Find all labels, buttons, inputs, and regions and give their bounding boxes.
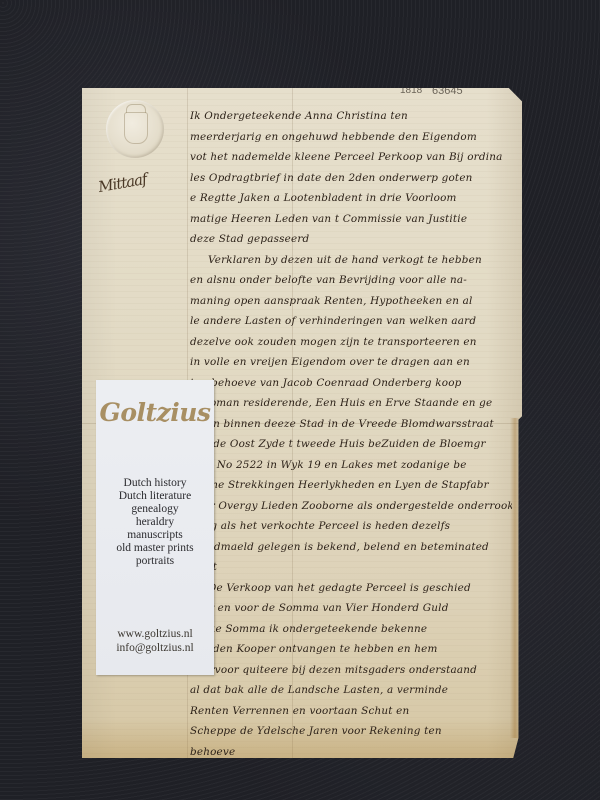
handwritten-line: Scheppe de Ydelsche Jaren voor Rekening … xyxy=(190,721,512,742)
handwritten-line: behoeve xyxy=(190,742,512,763)
handwritten-line: koopman residerende, Een Huis en Erve St… xyxy=(190,393,512,414)
handwritten-line: legen binnen deeze Stad in de Vreede Blo… xyxy=(190,414,512,435)
handwritten-line: staat xyxy=(190,557,512,578)
email-text: info@goltzius.nl xyxy=(96,641,214,655)
handwritten-line: maning open aanspraak Renten, Hypotheeke… xyxy=(190,291,512,312)
handwritten-line: Wyk No 2522 in Wyk 19 en Lakes met zodan… xyxy=(190,455,512,476)
handwritten-text: Ik Ondergeteekende Anna Christina tenmee… xyxy=(190,106,512,762)
handwritten-line: deze Stad gepasseerd xyxy=(190,229,512,250)
archive-year: 1818 xyxy=(400,85,422,96)
handwritten-line: matige Heeren Leden van t Commissie van … xyxy=(190,209,512,230)
handwritten-line: Renten Verrennen en voortaan Schut en xyxy=(190,701,512,722)
handwritten-line: daarvoor quiteere bij dezen mitsgaders o… xyxy=(190,660,512,681)
bookmark-topics-list: Dutch history Dutch literature genealogy… xyxy=(96,477,214,568)
topic-item: heraldry xyxy=(96,516,214,529)
handwritten-line: welke Somma ik ondergeteekende bekenne xyxy=(190,619,512,640)
handwritten-line: e Regtte Jaken a Lootenbladent in drie V… xyxy=(190,188,512,209)
handwritten-line: les Opdragtbrief in date den 2den onderw… xyxy=(190,168,512,189)
handwritten-line: en alsnu onder belofte van Bevrijding vo… xyxy=(190,270,512,291)
handwritten-line: meerderjarig en ongehuwd hebbende den Ei… xyxy=(190,127,512,148)
website-text: www.goltzius.nl xyxy=(96,627,214,641)
topic-item: Dutch history xyxy=(96,477,214,490)
handwritten-line: door Overgy Lieden Zooborne als onderges… xyxy=(190,496,512,517)
handwritten-line: Ik Ondergeteekende Anna Christina ten xyxy=(190,106,512,127)
topic-item: genealogy xyxy=(96,503,214,516)
handwritten-line: Verklaren by dezen uit de hand verkogt t… xyxy=(190,250,512,271)
topic-item: manuscripts xyxy=(96,529,214,542)
handwritten-line: aan de Oost Zyde t tweede Huis beZuiden … xyxy=(190,434,512,455)
topic-item: Dutch literature xyxy=(96,490,214,503)
bookmark-contact: www.goltzius.nl info@goltzius.nl xyxy=(96,627,214,655)
goltzius-bookmark-card: Goltzius Dutch history Dutch literature … xyxy=(96,380,214,675)
archive-reference: 63645 xyxy=(432,85,463,97)
embossed-seal-icon xyxy=(106,100,164,158)
topic-item: old master prints xyxy=(96,542,214,555)
handwritten-line: dezelve ook zouden mogen zijn te transpo… xyxy=(190,332,512,353)
handwritten-line: ten behoeve van Jacob Coenraad Onderberg… xyxy=(190,373,512,394)
handwritten-line: al dat bak alle de Landsche Lasten, a ve… xyxy=(190,680,512,701)
handwritten-line: in volle en vreijen Eigendom over te dra… xyxy=(190,352,512,373)
goltzius-logo: Goltzius xyxy=(96,398,214,427)
handwritten-line: Deene Strekkingen Heerlykheden en Lyen d… xyxy=(190,475,512,496)
handwritten-line: Lang als het verkochte Perceel is heden … xyxy=(190,516,512,537)
handwritten-line: van den Kooper ontvangen te hebben en he… xyxy=(190,639,512,660)
handwritten-line: vreedmaeld gelegen is bekend, belend en … xyxy=(190,537,512,558)
seal-crest xyxy=(124,112,148,144)
handwritten-line: voor en voor de Somma van Vier Honderd G… xyxy=(190,598,512,619)
handwritten-line: De Verkoop van het gedagte Perceel is ge… xyxy=(190,578,512,599)
handwritten-line: le andere Lasten of verhinderingen van w… xyxy=(190,311,512,332)
handwritten-line: vot het nademelde kleene Perceel Perkoop… xyxy=(190,147,512,168)
topic-item: portraits xyxy=(96,555,214,568)
